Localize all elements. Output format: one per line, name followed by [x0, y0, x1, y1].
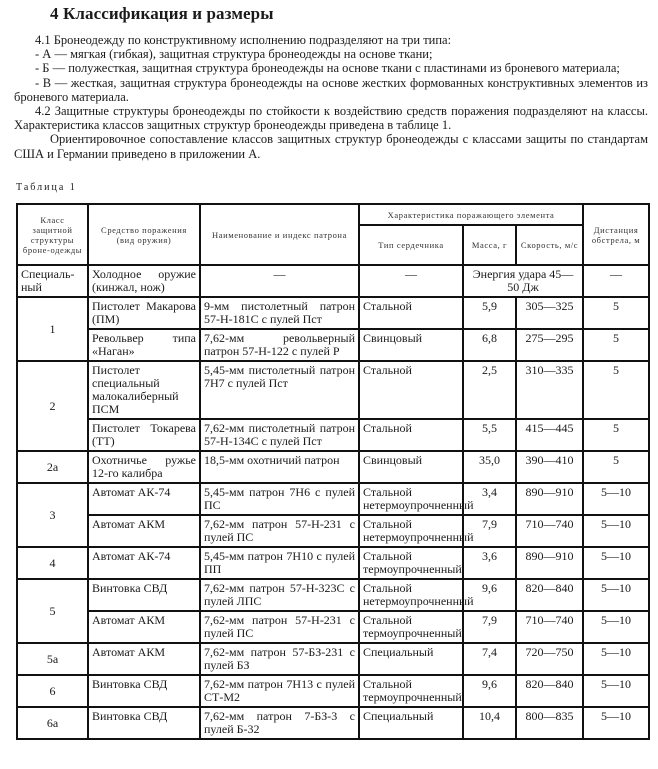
cell-distance: —: [583, 265, 649, 297]
cell-cartridge: 9-мм пистолетный патрон 57-Н-181С с пуле…: [200, 297, 359, 329]
cell-speed: 310—335: [516, 361, 583, 419]
cell-distance: 5: [583, 297, 649, 329]
cell-speed: 710—740: [516, 611, 583, 643]
cell-weapon: Винтовка СВД: [88, 707, 200, 739]
cell-class: 3: [17, 483, 88, 547]
cell-class: 5а: [17, 643, 88, 675]
paragraph-4-2: 4.2 Защитные структуры бронеодежды по ст…: [14, 104, 648, 132]
table-row: Автомат АКМ7,62-мм патрон 57-Н-231 с пул…: [17, 515, 649, 547]
cell-cartridge: 7,62-мм патрон 7Н13 с пулей СТ-М2: [200, 675, 359, 707]
cell-distance: 5—10: [583, 483, 649, 515]
cell-distance: 5: [583, 419, 649, 451]
cell-cartridge: 7,62-мм патрон 57-Н-231 с пулей ПС: [200, 515, 359, 547]
cell-weapon: Холодное оружие (кинжал, нож): [88, 265, 200, 297]
cell-distance: 5—10: [583, 675, 649, 707]
table-row: 4Автомат АК-745,45-мм патрон 7Н10 с пуле…: [17, 547, 649, 579]
header-cartridge: Наименование и индекс патрона: [200, 204, 359, 265]
type-c: - В — жесткая, защитная структура бронео…: [14, 76, 648, 104]
cell-cartridge: 7,62-мм патрон 57-Н-231 с пулей ПС: [200, 611, 359, 643]
cell-speed: 275—295: [516, 329, 583, 361]
type-b: - Б — полужесткая, защитная структура бр…: [14, 61, 648, 75]
type-a: - А — мягкая (гибкая), защитная структур…: [14, 47, 648, 61]
table-row: 2Пистолет специальный малокалиберный ПСМ…: [17, 361, 649, 419]
cell-mass: 7,4: [463, 643, 516, 675]
table-row: Специаль-ный Холодное оружие (кинжал, но…: [17, 265, 649, 297]
cell-weapon: Охотничье ружье 12-го калибра: [88, 451, 200, 483]
cell-core: Стальной нетермоупрочненный: [359, 483, 463, 515]
table-row: 1Пистолет Макарова (ПМ)9-мм пистолетный …: [17, 297, 649, 329]
cell-weapon: Автомат АКМ: [88, 643, 200, 675]
cell-speed: 820—840: [516, 675, 583, 707]
cell-distance: 5: [583, 361, 649, 419]
cell-speed: 305—325: [516, 297, 583, 329]
paragraph-appendix: Ориентировочное сопоставление классов за…: [14, 132, 648, 160]
cell-weapon: Автомат АК-74: [88, 547, 200, 579]
cell-mass: 7,9: [463, 611, 516, 643]
cell-mass: 35,0: [463, 451, 516, 483]
table-body: Специаль-ный Холодное оружие (кинжал, но…: [17, 265, 649, 739]
cell-speed: 890—910: [516, 483, 583, 515]
cell-class: 2а: [17, 451, 88, 483]
cell-distance: 5—10: [583, 515, 649, 547]
table-row: Пистолет Токарева (ТТ)7,62-мм пистолетны…: [17, 419, 649, 451]
cell-core: Специальный: [359, 707, 463, 739]
cell-weapon: Автомат АКМ: [88, 515, 200, 547]
header-core: Тип сердечника: [359, 225, 463, 265]
table-row: Автомат АКМ7,62-мм патрон 57-Н-231 с пул…: [17, 611, 649, 643]
cell-cartridge: 7,62-мм патрон 57-БЗ-231 с пулей БЗ: [200, 643, 359, 675]
cell-distance: 5: [583, 329, 649, 361]
cell-mass: 5,5: [463, 419, 516, 451]
cell-distance: 5—10: [583, 547, 649, 579]
table-row: 6Винтовка СВД7,62-мм патрон 7Н13 с пулей…: [17, 675, 649, 707]
cell-speed: 415—445: [516, 419, 583, 451]
cell-core: Стальной нетермоупрочненный: [359, 579, 463, 611]
cell-weapon: Пистолет Макарова (ПМ): [88, 297, 200, 329]
table-caption: Таблица 1: [16, 182, 77, 193]
cell-cartridge: 5,45-мм пистолетный патрон 7Н7 с пулей П…: [200, 361, 359, 419]
cell-speed: 890—910: [516, 547, 583, 579]
cell-core: Специальный: [359, 643, 463, 675]
cell-class: Специаль-ный: [17, 265, 88, 297]
cell-class: 6: [17, 675, 88, 707]
cell-core: —: [359, 265, 463, 297]
table-row: 2аОхотничье ружье 12-го калибра18,5-мм о…: [17, 451, 649, 483]
cell-weapon: Пистолет Токарева (ТТ): [88, 419, 200, 451]
header-class: Класс защитной структуры броне-одежды: [17, 204, 88, 265]
cell-distance: 5—10: [583, 643, 649, 675]
paragraph-4-1: 4.1 Бронеодежду по конструктивному испол…: [14, 33, 648, 47]
cell-weapon: Автомат АКМ: [88, 611, 200, 643]
cell-class: 6а: [17, 707, 88, 739]
cell-speed: 390—410: [516, 451, 583, 483]
classification-table: Класс защитной структуры броне-одежды Ср…: [16, 203, 650, 740]
cell-class: 2: [17, 361, 88, 451]
cell-mass: 5,9: [463, 297, 516, 329]
cell-cartridge: 7,62-мм патрон 57-Н-323С с пулей ЛПС: [200, 579, 359, 611]
cell-core: Свинцовый: [359, 329, 463, 361]
intro-text: 4.1 Бронеодежду по конструктивному испол…: [14, 33, 648, 161]
cell-mass: 10,4: [463, 707, 516, 739]
cell-mass: 9,6: [463, 675, 516, 707]
cell-class: 5: [17, 579, 88, 643]
cell-core: Стальной термоупрочненный: [359, 611, 463, 643]
cell-cartridge: 7,62-мм патрон 7-БЗ-3 с пулей Б-32: [200, 707, 359, 739]
table-row: Револьвер типа «Наган»7,62-мм револьверн…: [17, 329, 649, 361]
cell-core: Стальной термоупрочненный: [359, 675, 463, 707]
cell-cartridge: 7,62-мм пистолетный патрон 57-Н-134С с п…: [200, 419, 359, 451]
cell-weapon: Пистолет специальный малокалиберный ПСМ: [88, 361, 200, 419]
cell-weapon: Винтовка СВД: [88, 675, 200, 707]
cell-cartridge: 5,45-мм патрон 7Н6 с пулей ПС: [200, 483, 359, 515]
cell-speed: 820—840: [516, 579, 583, 611]
cell-speed: 710—740: [516, 515, 583, 547]
cell-speed: 800—835: [516, 707, 583, 739]
cell-core: Свинцовый: [359, 451, 463, 483]
cell-weapon: Винтовка СВД: [88, 579, 200, 611]
section-title: 4 Классификация и размеры: [50, 4, 274, 24]
cell-class: 4: [17, 547, 88, 579]
table-row: 5аАвтомат АКМ7,62-мм патрон 57-БЗ-231 с …: [17, 643, 649, 675]
table-row: 3Автомат АК-745,45-мм патрон 7Н6 с пулей…: [17, 483, 649, 515]
cell-class: 1: [17, 297, 88, 361]
cell-energy: Энергия удара 45—50 Дж: [463, 265, 583, 297]
cell-mass: 2,5: [463, 361, 516, 419]
cell-distance: 5: [583, 451, 649, 483]
table-row: 6аВинтовка СВД7,62-мм патрон 7-БЗ-3 с пу…: [17, 707, 649, 739]
header-element-group: Характеристика поражающего элемента: [359, 204, 583, 225]
cell-cartridge: 18,5-мм охотничий патрон: [200, 451, 359, 483]
header-mass: Масса, г: [463, 225, 516, 265]
header-weapon: Средство поражения (вид оружия): [88, 204, 200, 265]
cell-distance: 5—10: [583, 611, 649, 643]
cell-distance: 5—10: [583, 707, 649, 739]
cell-core: Стальной: [359, 361, 463, 419]
header-distance: Дистанция обстрела, м: [583, 204, 649, 265]
table-row: 5Винтовка СВД7,62-мм патрон 57-Н-323С с …: [17, 579, 649, 611]
cell-cartridge: —: [200, 265, 359, 297]
cell-speed: 720—750: [516, 643, 583, 675]
cell-weapon: Автомат АК-74: [88, 483, 200, 515]
cell-distance: 5—10: [583, 579, 649, 611]
cell-mass: 3,6: [463, 547, 516, 579]
cell-cartridge: 5,45-мм патрон 7Н10 с пулей ПП: [200, 547, 359, 579]
cell-core: Стальной термоупрочненный: [359, 547, 463, 579]
cell-weapon: Револьвер типа «Наган»: [88, 329, 200, 361]
cell-core: Стальной: [359, 419, 463, 451]
cell-cartridge: 7,62-мм револьверный патрон 57-Н-122 с п…: [200, 329, 359, 361]
header-speed: Скорость, м/с: [516, 225, 583, 265]
cell-mass: 6,8: [463, 329, 516, 361]
cell-core: Стальной: [359, 297, 463, 329]
cell-core: Стальной нетермоупрочненный: [359, 515, 463, 547]
